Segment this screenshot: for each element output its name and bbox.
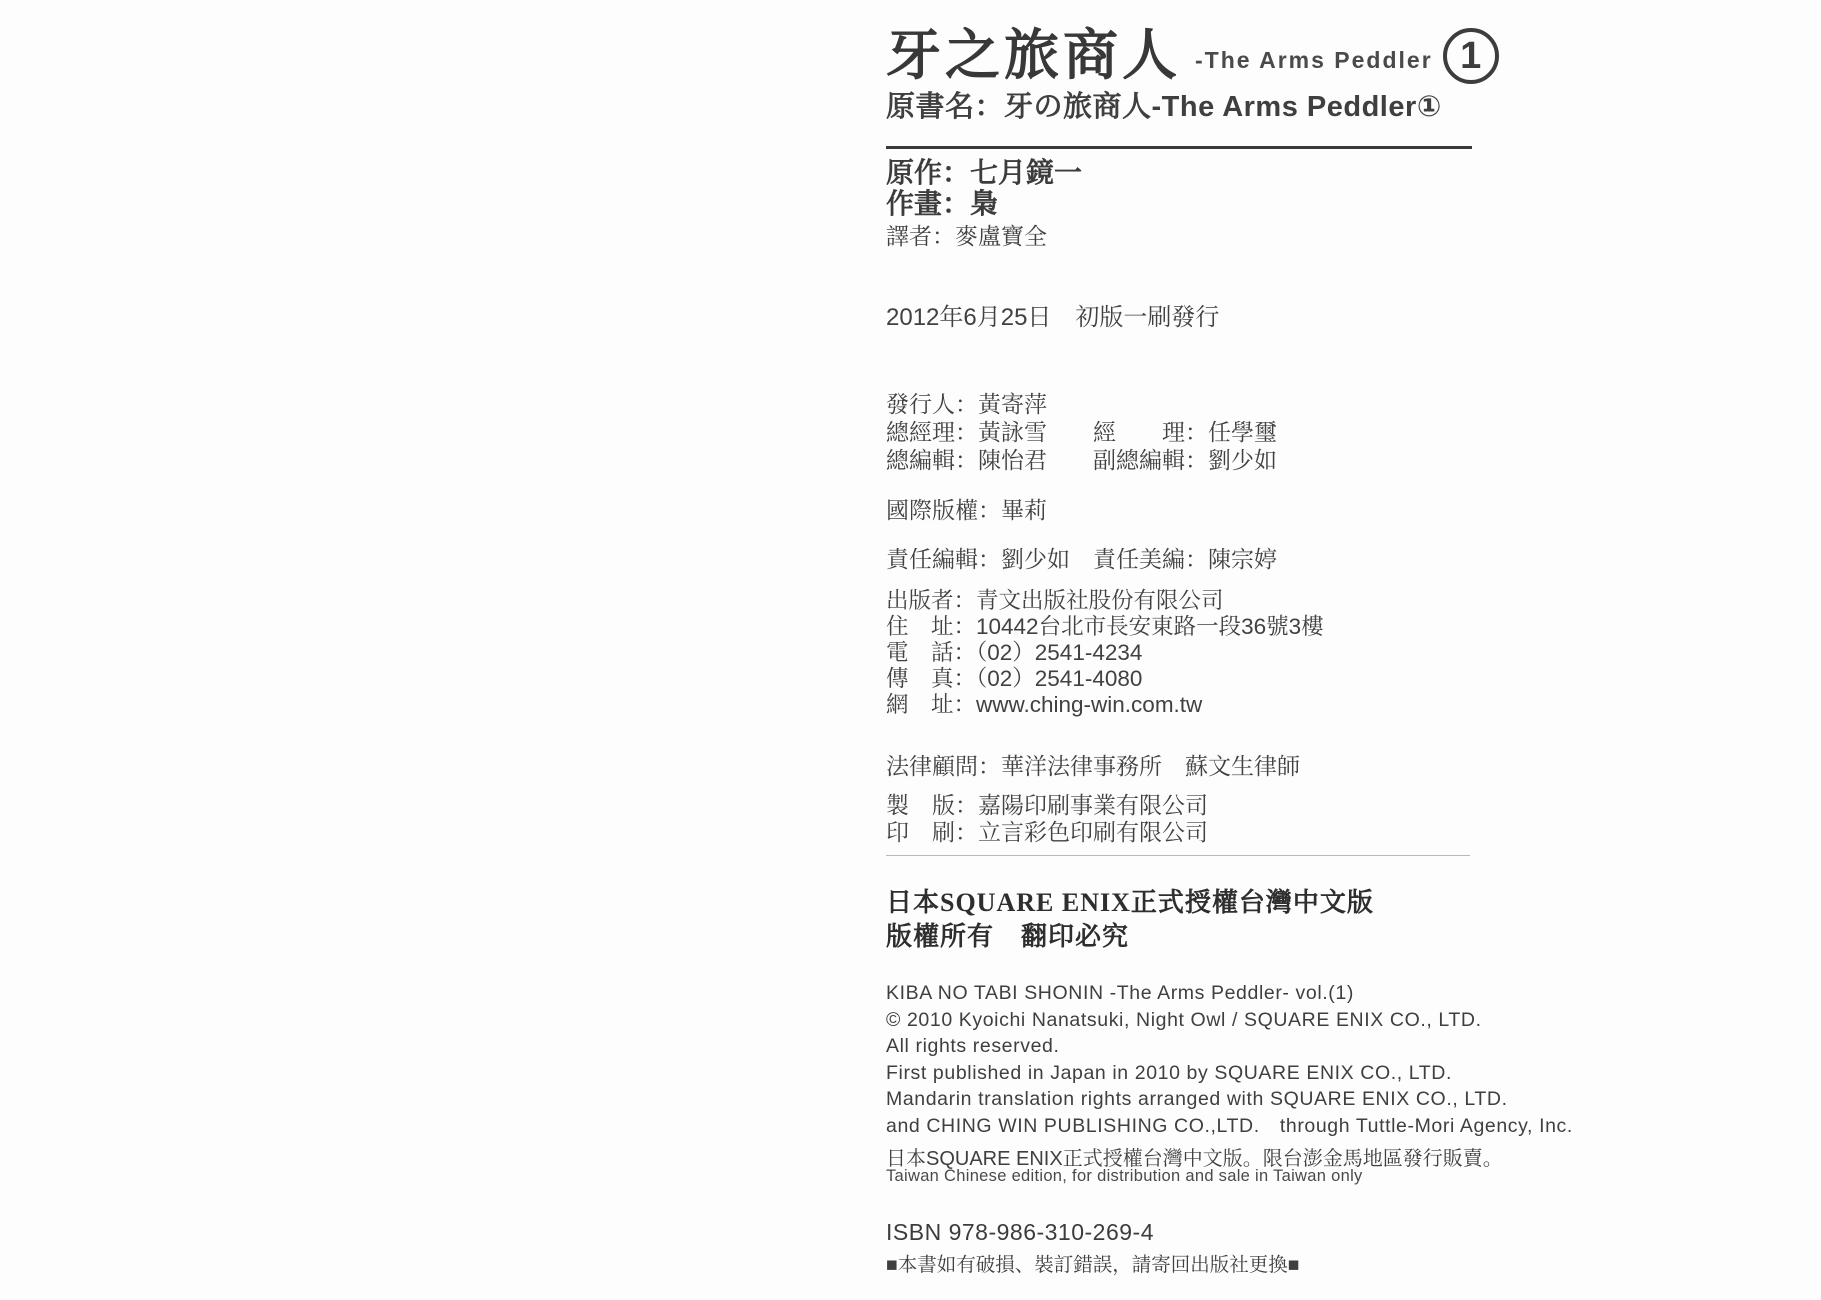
section-divider-rule xyxy=(886,855,1470,856)
printing-line: 印 刷：立言彩色印刷有限公司 xyxy=(886,819,1208,845)
printing-block: 製 版：嘉陽印刷事業有限公司印 刷：立言彩色印刷有限公司 xyxy=(886,792,1208,846)
plate-making-line: 製 版：嘉陽印刷事業有限公司 xyxy=(886,792,1208,818)
general-manager-line: 總經理：黃詠雪 經 理：任學璽 xyxy=(886,419,1277,445)
edition-date-line: 2012年6月25日 初版一刷發行 xyxy=(886,297,1219,332)
original-title-line: 原書名：牙の旅商人-The Arms Peddler① xyxy=(886,84,1442,125)
translator-line: 譯者：麥盧寶全 xyxy=(886,222,1047,250)
author-line: 原作：七月鏡一 xyxy=(886,157,1082,188)
chief-editor-line: 總編輯：陳怡君 副總編輯：劉少如 xyxy=(886,447,1277,473)
publisher-phone-line: 電 話：（02）2541-4234 xyxy=(886,640,1142,665)
international-rights-line: 國際版權：畢莉 xyxy=(886,492,1047,525)
copyright-line: All rights reserved. xyxy=(886,1035,1059,1057)
publisher-website-line: 網 址：www.ching-win.com.tw xyxy=(886,692,1202,717)
copyright-line: and CHING WIN PUBLISHING CO.,LTD. throug… xyxy=(886,1115,1573,1137)
author-artist-block: 原作：七月鏡一作畫：梟 xyxy=(886,157,1082,219)
english-copyright-block: KIBA NO TABI SHONIN -The Arms Peddler- v… xyxy=(886,980,1573,1139)
title-block: 牙之旅商人 -The Arms Peddler 1 xyxy=(886,26,1499,84)
license-line-2: 版權所有 翻印必究 xyxy=(886,922,1129,951)
responsible-editors-line: 責任編輯：劉少如 責任美編：陳宗婷 xyxy=(886,541,1277,574)
book-title-english: -The Arms Peddler xyxy=(1195,47,1433,74)
copyright-line: Mandarin translation rights arranged wit… xyxy=(886,1088,1508,1110)
artist-line: 作畫：梟 xyxy=(886,188,998,219)
colophon-page: 牙之旅商人 -The Arms Peddler 1 原書名：牙の旅商人-The … xyxy=(0,0,1821,1300)
copyright-line: First published in Japan in 2010 by SQUA… xyxy=(886,1062,1452,1084)
title-divider-rule xyxy=(886,146,1472,149)
license-notice-block: 日本SQUARE ENIX正式授權台灣中文版版權所有 翻印必究 xyxy=(886,886,1374,954)
region-notice-english: Taiwan Chinese edition, for distribution… xyxy=(886,1167,1363,1186)
publisher-name-line: 出版者：青文出版社股份有限公司 xyxy=(886,588,1224,613)
publisher-person-line: 發行人：黃寄萍 xyxy=(886,391,1047,417)
publisher-address-line: 住 址：10442台北市長安東路一段36號3樓 xyxy=(886,614,1324,639)
staff-block: 發行人：黃寄萍總經理：黃詠雪 經 理：任學璽總編輯：陳怡君 副總編輯：劉少如 xyxy=(886,390,1277,474)
isbn-line: ISBN 978-986-310-269-4 xyxy=(886,1219,1154,1246)
copyright-line: KIBA NO TABI SHONIN -The Arms Peddler- v… xyxy=(886,982,1354,1004)
book-title-chinese: 牙之旅商人 xyxy=(886,28,1181,83)
damaged-copy-return-notice: ■本書如有破損、裝訂錯誤，請寄回出版社更換■ xyxy=(886,1249,1300,1277)
license-line-1: 日本SQUARE ENIX正式授權台灣中文版 xyxy=(886,888,1374,917)
copyright-line: © 2010 Kyoichi Nanatsuki, Night Owl / SQ… xyxy=(886,1009,1482,1031)
legal-advisor-line: 法律顧問：華洋法律事務所 蘇文生律師 xyxy=(886,748,1300,781)
publisher-contact-block: 出版者：青文出版社股份有限公司住 址：10442台北市長安東路一段36號3樓電 … xyxy=(886,588,1324,718)
publisher-fax-line: 傳 真：（02）2541-4080 xyxy=(886,666,1142,691)
volume-number-badge: 1 xyxy=(1443,28,1499,84)
